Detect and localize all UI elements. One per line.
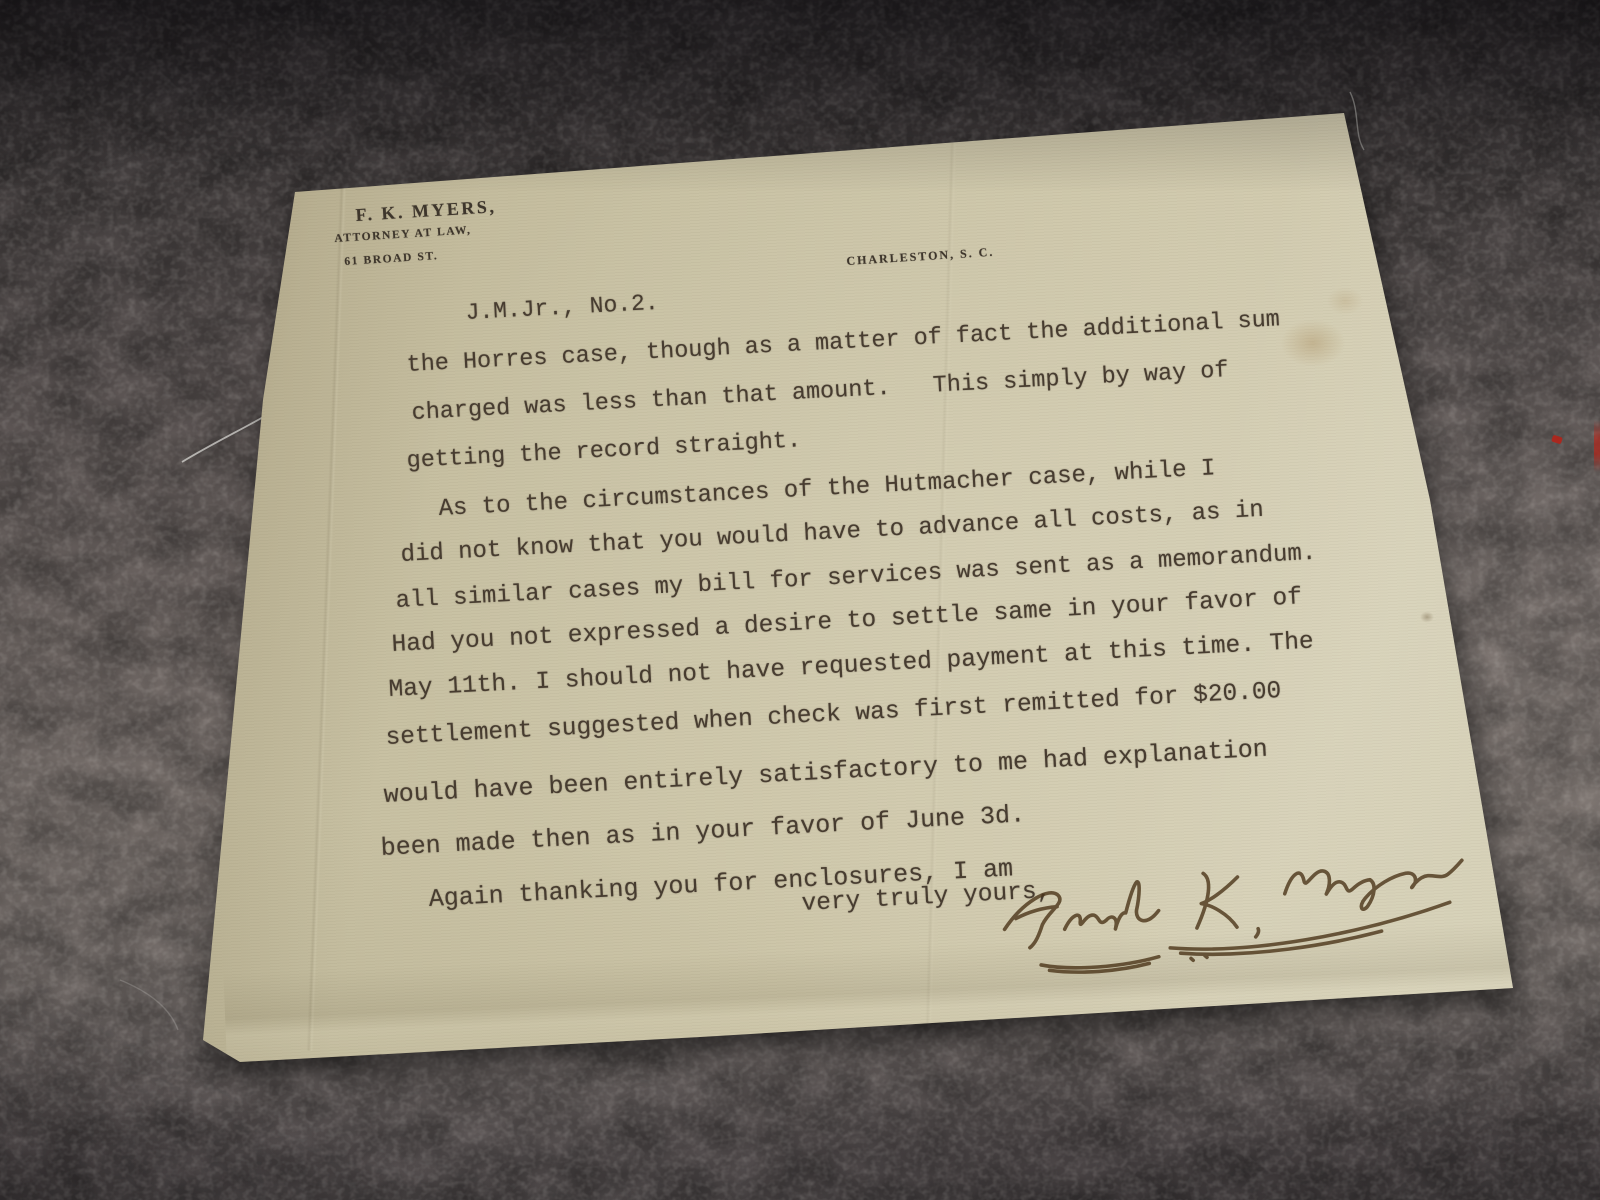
letter-paper: F. K. MYERS, ATTORNEY AT LAW, 61 BROAD S… <box>195 105 1535 1080</box>
signature-handwriting <box>993 817 1482 990</box>
body-line: would have been entirely satisfactory to… <box>383 735 1268 810</box>
letterhead-address: 61 BROAD ST. <box>344 250 439 268</box>
letterhead-title: ATTORNEY AT LAW, <box>334 224 472 245</box>
body-line: been made then as in your favor of June … <box>380 800 1026 863</box>
photo-scene: F. K. MYERS, ATTORNEY AT LAW, 61 BROAD S… <box>0 0 1600 1200</box>
letterhead-name: F. K. MYERS, <box>355 196 497 226</box>
letterhead-city: CHARLESTON, S. C. <box>846 245 995 269</box>
letter-text: F. K. MYERS, ATTORNEY AT LAW, 61 BROAD S… <box>195 105 1535 1080</box>
reference-line: J.M.Jr., No.2. <box>465 290 659 326</box>
paper-shadow-wrap: F. K. MYERS, ATTORNEY AT LAW, 61 BROAD S… <box>0 0 1600 1200</box>
body-line: getting the record straight. <box>406 427 802 475</box>
